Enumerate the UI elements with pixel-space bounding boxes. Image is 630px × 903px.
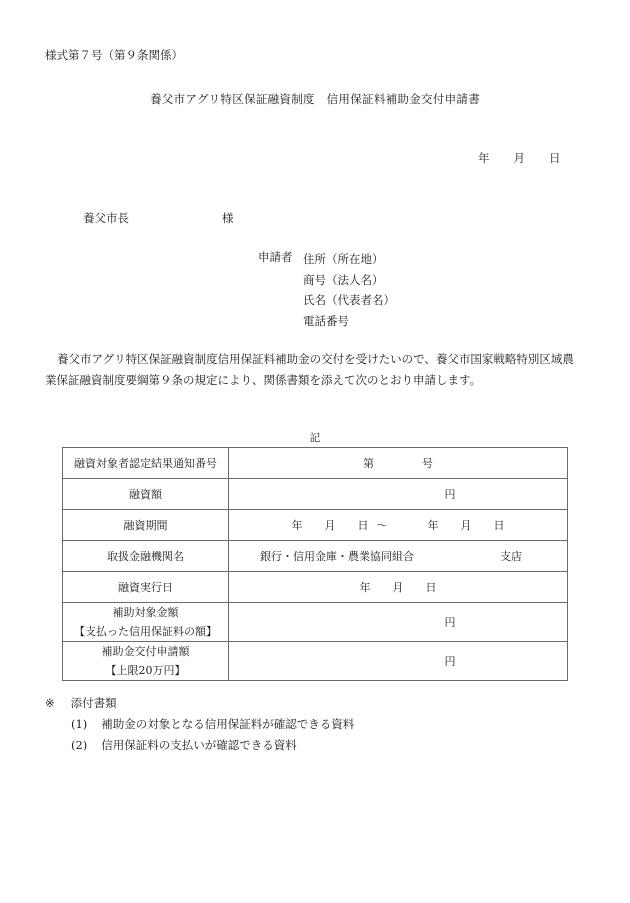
addressee-name: 養父市長 bbox=[83, 210, 129, 226]
value-financial-institution[interactable]: 銀行・信用金庫・農業協同組合支店 bbox=[229, 541, 568, 572]
label-subsidy-target-amount: 補助対象金額 【支払った信用保証料の額】 bbox=[63, 603, 229, 642]
table-row-loan-amount: 融資額 円 bbox=[63, 479, 568, 510]
date-year-label: 年 bbox=[478, 150, 490, 166]
applicant-representative-field: 氏名（代表者名） bbox=[303, 290, 395, 311]
statement-line-2: 業保証融資制度要綱第９条の規定により、関係書類を添えて次のとおり申請します。 bbox=[45, 370, 585, 391]
ki-heading: 記 bbox=[0, 430, 630, 445]
value-subsidy-request-amount[interactable]: 円 bbox=[229, 642, 568, 681]
table-row-subsidy-target-amount: 補助対象金額 【支払った信用保証料の額】 円 bbox=[63, 603, 568, 642]
applicant-company-field: 商号（法人名） bbox=[303, 270, 395, 291]
addressee-honorific: 様 bbox=[222, 210, 234, 226]
value-notice-number[interactable]: 第号 bbox=[229, 448, 568, 479]
value-execution-date[interactable]: 年月日 bbox=[229, 572, 568, 603]
table-row-loan-period: 融資期間 年月日～年月日 bbox=[63, 510, 568, 541]
table-row-financial-institution: 取扱金融機関名 銀行・信用金庫・農業協同組合支店 bbox=[63, 541, 568, 572]
application-statement: 養父市アグリ特区保証融資制度信用保証料補助金の交付を受けたいので、養父市国家戦略… bbox=[45, 349, 585, 391]
label-notice-number: 融資対象者認定結果通知番号 bbox=[63, 448, 229, 479]
attachment-item: (1)補助金の対象となる信用保証料が確認できる資料 bbox=[45, 714, 354, 735]
label-financial-institution: 取扱金融機関名 bbox=[63, 541, 229, 572]
table-row-execution-date: 融資実行日 年月日 bbox=[63, 572, 568, 603]
applicant-fields: 住所（所在地） 商号（法人名） 氏名（代表者名） 電話番号 bbox=[303, 249, 395, 331]
reference-mark-icon: ※ bbox=[45, 696, 55, 710]
table-row-notice-number: 融資対象者認定結果通知番号 第号 bbox=[63, 448, 568, 479]
date-month-label: 月 bbox=[514, 150, 526, 166]
document-title: 養父市アグリ特区保証融資制度 信用保証料補助金交付申請書 bbox=[0, 91, 630, 107]
attachments-section: ※添付書類 (1)補助金の対象となる信用保証料が確認できる資料 (2)信用保証料… bbox=[45, 693, 354, 756]
statement-line-1: 養父市アグリ特区保証融資制度信用保証料補助金の交付を受けたいので、養父市国家戦略… bbox=[45, 349, 585, 370]
label-loan-amount: 融資額 bbox=[63, 479, 229, 510]
value-loan-period[interactable]: 年月日～年月日 bbox=[229, 510, 568, 541]
value-loan-amount[interactable]: 円 bbox=[229, 479, 568, 510]
form-number: 様式第７号（第９条関係） bbox=[45, 47, 183, 63]
date-day-label: 日 bbox=[549, 150, 561, 166]
label-execution-date: 融資実行日 bbox=[63, 572, 229, 603]
label-loan-period: 融資期間 bbox=[63, 510, 229, 541]
application-details-table: 融資対象者認定結果通知番号 第号 融資額 円 融資期間 年月日～年月日 取扱金融… bbox=[62, 447, 568, 681]
attachments-heading: ※添付書類 bbox=[45, 693, 354, 714]
applicant-label: 申請者 bbox=[258, 249, 293, 265]
attachment-item: (2)信用保証料の支払いが確認できる資料 bbox=[45, 735, 354, 756]
application-date: 年月日 bbox=[478, 150, 561, 166]
applicant-address-field: 住所（所在地） bbox=[303, 249, 395, 270]
applicant-phone-field: 電話番号 bbox=[303, 311, 395, 332]
label-subsidy-request-amount: 補助金交付申請額 【上限20万円】 bbox=[63, 642, 229, 681]
value-subsidy-target-amount[interactable]: 円 bbox=[229, 603, 568, 642]
table-row-subsidy-request-amount: 補助金交付申請額 【上限20万円】 円 bbox=[63, 642, 568, 681]
